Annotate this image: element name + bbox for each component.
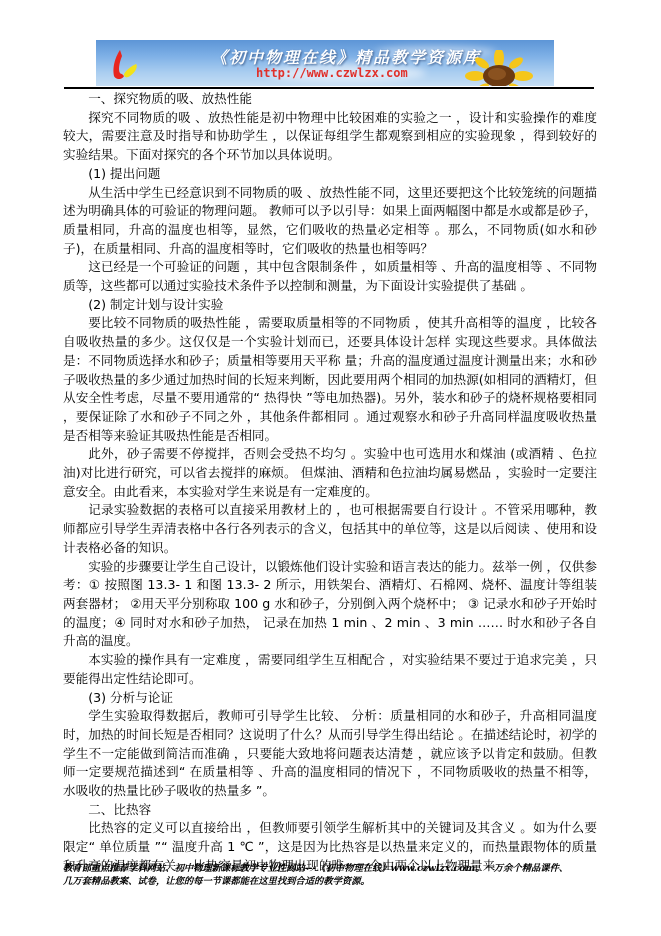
footer-line: 几万套精品教案、试卷，让您的每一节课都能在这里找到合适的教学资源。 <box>63 875 603 888</box>
paragraph: 探究不同物质的吸 、放热性能是初中物理中比较困难的实验之一 ，设计和实验操作的难… <box>63 109 597 165</box>
subsection-heading: (1) 提出问题 <box>63 165 597 184</box>
subsection-heading: (2) 制定计划与设计实验 <box>63 296 597 315</box>
paragraph: 要比较不同物质的吸热性能 ，需要取质量相等的不同物质 ，使其升高相等的温度 ，比… <box>63 314 597 445</box>
document-body: 一、探究物质的吸、放热性能 探究不同物质的吸 、放热性能是初中物理中比较困难的实… <box>63 90 597 876</box>
section-heading: 二、比热容 <box>63 801 597 820</box>
paragraph: 从生活中学生已经意识到不同物质的吸 、放热性能不同，这里还要把这个比较笼统的问题… <box>63 184 597 259</box>
site-banner: 《初中物理在线》精品教学资源库 http://www.czwlzx.com <box>96 40 554 86</box>
brush-logo-icon <box>106 44 146 84</box>
paragraph: 此外，砂子需要不停搅拌，否则会受热不均匀 。实验中也可选用水和煤油 (或酒精 、… <box>63 445 597 501</box>
paragraph: 记录实验数据的表格可以直接采用教材上的 ，也可根据需要自行设计 。不管采用哪种，… <box>63 501 597 557</box>
banner-url: http://www.czwlzx.com <box>256 66 408 80</box>
header-divider <box>64 87 594 89</box>
subsection-heading: (3) 分析与论证 <box>63 689 597 708</box>
sunflower-icon <box>461 50 541 86</box>
paragraph: 这已经是一个可验证的问题 ，其中包含限制条件 ，如质量相等 、升高的温度相等 、… <box>63 258 597 295</box>
footer-line: 教育部重点推荐学科网站、初中物理新课标教学专业性网站---《初中物理在线》www… <box>63 862 603 875</box>
paragraph: 本实验的操作具有一定难度 ，需要同组学生互相配合 ，对实验结果不要过于追求完美 … <box>63 651 597 688</box>
paragraph: 学生实验取得数据后，教师可引导学生比较、 分析：质量相同的水和砂子，升高相同温度… <box>63 707 597 801</box>
section-heading: 一、探究物质的吸、放热性能 <box>63 90 597 109</box>
page-footer: 教育部重点推荐学科网站、初中物理新课标教学专业性网站---《初中物理在线》www… <box>63 862 603 888</box>
banner-title: 《初中物理在线》精品教学资源库 <box>211 45 481 68</box>
paragraph: 实验的步骤要让学生自己设计，以锻炼他们设计实验和语言表达的能力。兹举一例 ，仅供… <box>63 558 597 652</box>
